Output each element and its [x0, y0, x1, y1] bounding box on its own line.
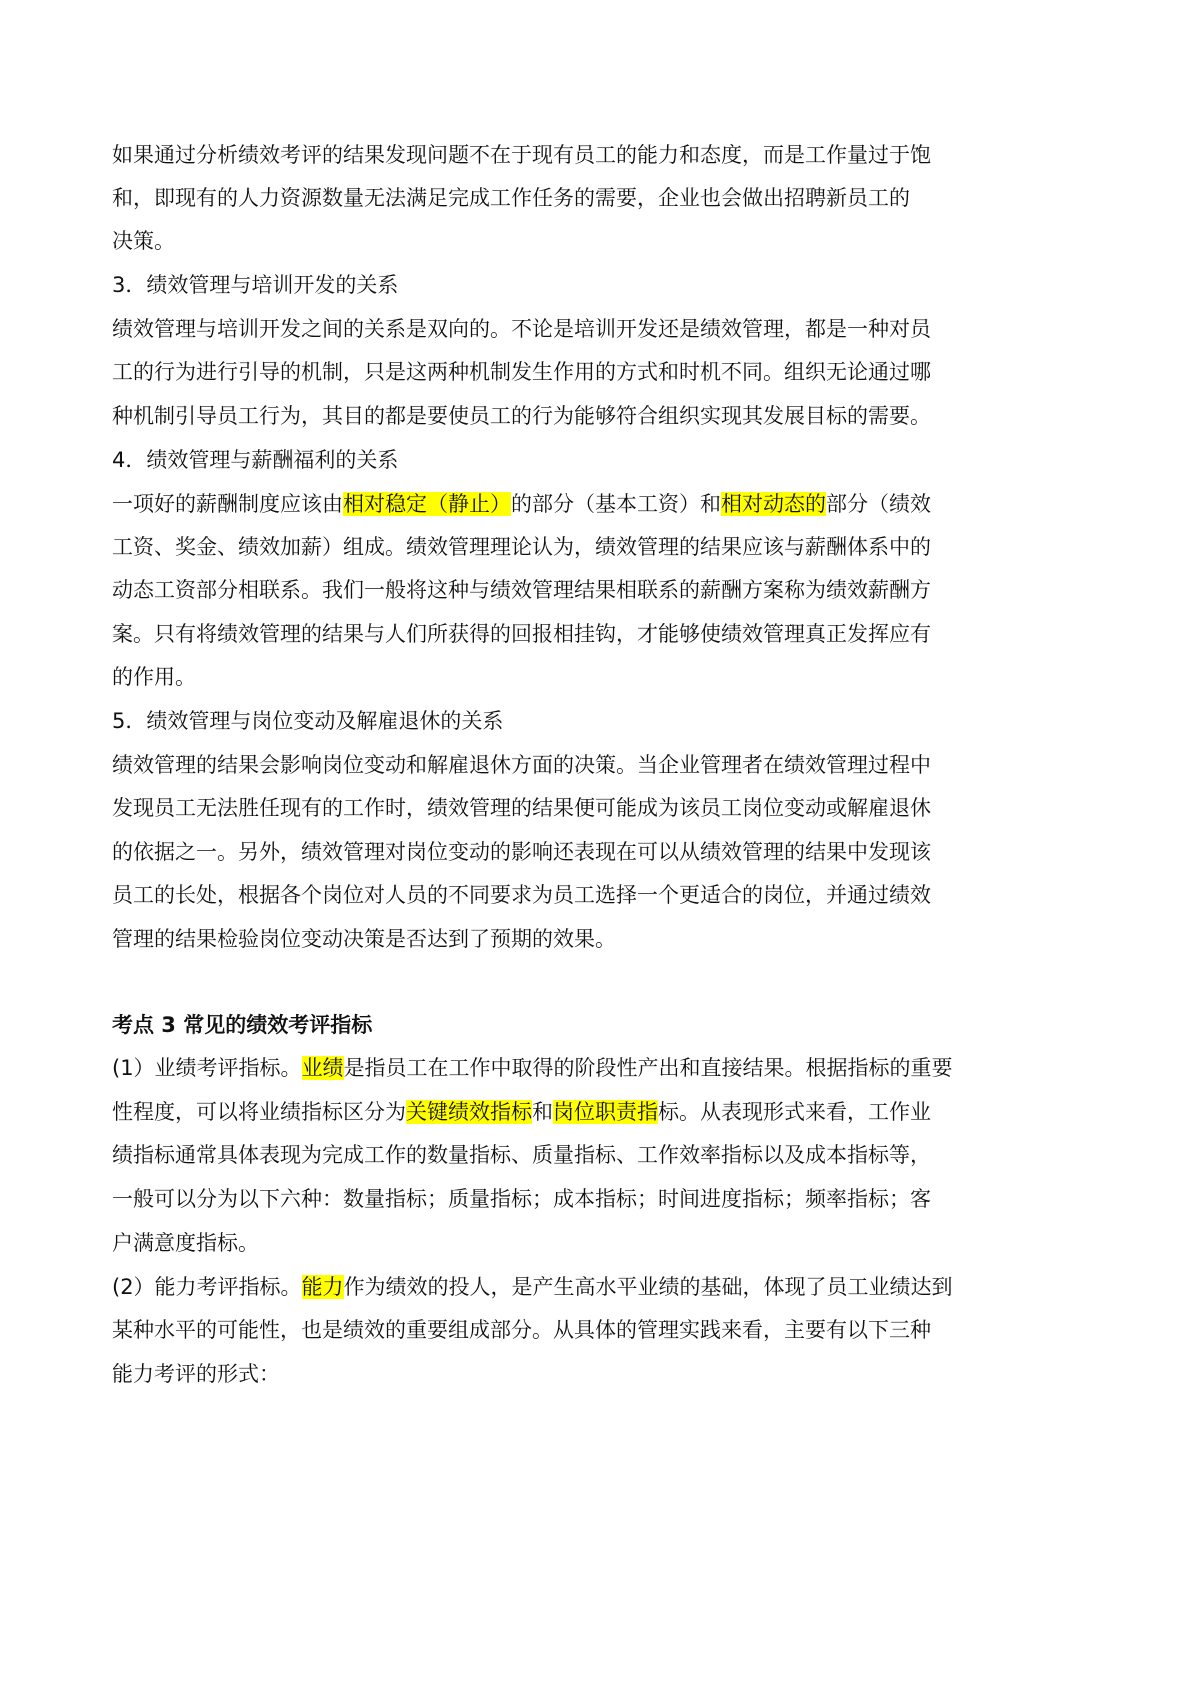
text-line: 绩指标通常具体表现为完成工作的数量指标、质量指标、工作效率指标以及成本指标等，	[112, 1140, 931, 1170]
highlighted-text: 岗位职责指	[553, 1100, 658, 1124]
text-line: 决策。	[112, 226, 175, 256]
text-line: 动态工资部分相联系。我们一般将这种与绩效管理结果相联系的薪酬方案称为绩效薪酬方	[112, 575, 931, 605]
text-segment: 的部分（基本工资）和	[511, 492, 721, 516]
text-line: 案。只有将绩效管理的结果与人们所获得的回报相挂钩，才能够使绩效管理真正发挥应有	[112, 619, 931, 649]
highlighted-text: 相对动态的	[721, 492, 826, 516]
text-line: (2）能力考评指标。能力作为绩效的投人，是产生高水平业绩的基础，体现了员工业绩达…	[112, 1272, 953, 1302]
text-segment: 能力考评的形式：	[112, 1362, 280, 1386]
text-segment: 绩指标通常具体表现为完成工作的数量指标、质量指标、工作效率指标以及成本指标等，	[112, 1143, 931, 1167]
text-segment: 绩效管理的结果会影响岗位变动和解雇退休方面的决策。当企业管理者在绩效管理过程中	[112, 753, 931, 777]
text-segment: 案。只有将绩效管理的结果与人们所获得的回报相挂钩，才能够使绩效管理真正发挥应有	[112, 622, 931, 646]
text-segment: 标。从表现形式来看，工作业	[658, 1100, 931, 1124]
text-line: 一项好的薪酬制度应该由相对稳定（静止）的部分（基本工资）和相对动态的部分（绩效	[112, 489, 931, 519]
text-line: 5．绩效管理与岗位变动及解雇退休的关系	[112, 706, 503, 736]
text-segment: 绩效管理与培训开发之间的关系是双向的。不论是培训开发还是绩效管理，都是一种对员	[112, 317, 931, 341]
text-line: 工资、奖金、绩效加薪）组成。绩效管理理论认为，绩效管理的结果应该与薪酬体系中的	[112, 532, 931, 562]
text-line: 3．绩效管理与培训开发的关系	[112, 270, 398, 300]
text-line: 一般可以分为以下六种：数量指标；质量指标；成本指标；时间进度指标；频率指标；客	[112, 1184, 931, 1214]
highlighted-text: 关键绩效指标	[406, 1100, 532, 1124]
text-segment: 种机制引导员工行为，其目的都是要使员工的行为能够符合组织实现其发展目标的需要。	[112, 404, 931, 428]
text-line: 和，即现有的人力资源数量无法满足完成工作任务的需要，企业也会做出招聘新员工的	[112, 183, 910, 213]
text-segment: 员工的长处，根据各个岗位对人员的不同要求为员工选择一个更适合的岗位，并通过绩效	[112, 883, 931, 907]
text-line: 的作用。	[112, 662, 196, 692]
text-line: 绩效管理的结果会影响岗位变动和解雇退休方面的决策。当企业管理者在绩效管理过程中	[112, 750, 931, 780]
text-line: 绩效管理与培训开发之间的关系是双向的。不论是培训开发还是绩效管理，都是一种对员	[112, 314, 931, 344]
text-segment: 是指员工在工作中取得的阶段性产出和直接结果。根据指标的重要	[344, 1056, 953, 1080]
text-segment: 和，即现有的人力资源数量无法满足完成工作任务的需要，企业也会做出招聘新员工的	[112, 186, 910, 210]
text-segment: 决策。	[112, 229, 175, 253]
text-segment: 某种水平的可能性，也是绩效的重要组成部分。从具体的管理实践来看，主要有以下三种	[112, 1318, 931, 1342]
text-segment: 一项好的薪酬制度应该由	[112, 492, 343, 516]
text-segment: 性程度，可以将业绩指标区分为	[112, 1100, 406, 1124]
text-segment: 5．绩效管理与岗位变动及解雇退休的关系	[112, 709, 503, 733]
text-segment: 4．绩效管理与薪酬福利的关系	[112, 448, 398, 472]
text-segment: 和	[532, 1100, 553, 1124]
section-heading: 考点 3 常见的绩效考评指标	[112, 1010, 372, 1040]
text-segment: 动态工资部分相联系。我们一般将这种与绩效管理结果相联系的薪酬方案称为绩效薪酬方	[112, 578, 931, 602]
text-segment: 发现员工无法胜任现有的工作时，绩效管理的结果便可能成为该员工岗位变动或解雇退休	[112, 796, 931, 820]
text-line: 的依据之一。另外，绩效管理对岗位变动的影响还表现在可以从绩效管理的结果中发现该	[112, 837, 931, 867]
text-segment: 考点 3 常见的绩效考评指标	[112, 1013, 372, 1037]
text-segment: 工的行为进行引导的机制，只是这两种机制发生作用的方式和时机不同。组织无论通过哪	[112, 360, 931, 384]
text-line: (1）业绩考评指标。业绩是指员工在工作中取得的阶段性产出和直接结果。根据指标的重…	[112, 1053, 953, 1083]
text-line: 发现员工无法胜任现有的工作时，绩效管理的结果便可能成为该员工岗位变动或解雇退休	[112, 793, 931, 823]
text-line: 工的行为进行引导的机制，只是这两种机制发生作用的方式和时机不同。组织无论通过哪	[112, 357, 931, 387]
highlighted-text: 能力	[302, 1275, 344, 1299]
text-segment: (2）能力考评指标。	[112, 1275, 302, 1299]
text-line: 4．绩效管理与薪酬福利的关系	[112, 445, 398, 475]
text-segment: 户满意度指标。	[112, 1231, 259, 1255]
text-line: 员工的长处，根据各个岗位对人员的不同要求为员工选择一个更适合的岗位，并通过绩效	[112, 880, 931, 910]
text-segment: 的依据之一。另外，绩效管理对岗位变动的影响还表现在可以从绩效管理的结果中发现该	[112, 840, 931, 864]
text-segment: (1）业绩考评指标。	[112, 1056, 302, 1080]
text-segment: 部分（绩效	[826, 492, 931, 516]
text-line: 某种水平的可能性，也是绩效的重要组成部分。从具体的管理实践来看，主要有以下三种	[112, 1315, 931, 1345]
text-segment: 管理的结果检验岗位变动决策是否达到了预期的效果。	[112, 927, 616, 951]
text-line: 管理的结果检验岗位变动决策是否达到了预期的效果。	[112, 924, 616, 954]
text-segment: 的作用。	[112, 665, 196, 689]
text-segment: 工资、奖金、绩效加薪）组成。绩效管理理论认为，绩效管理的结果应该与薪酬体系中的	[112, 535, 931, 559]
text-line: 户满意度指标。	[112, 1228, 259, 1258]
text-segment: 一般可以分为以下六种：数量指标；质量指标；成本指标；时间进度指标；频率指标；客	[112, 1187, 931, 1211]
highlighted-text: 业绩	[302, 1056, 344, 1080]
text-line: 种机制引导员工行为，其目的都是要使员工的行为能够符合组织实现其发展目标的需要。	[112, 401, 931, 431]
text-segment: 3．绩效管理与培训开发的关系	[112, 273, 398, 297]
highlighted-text: 相对稳定（静止）	[343, 492, 511, 516]
text-segment: 如果通过分析绩效考评的结果发现问题不在于现有员工的能力和态度，而是工作量过于饱	[112, 143, 931, 167]
text-line: 如果通过分析绩效考评的结果发现问题不在于现有员工的能力和态度，而是工作量过于饱	[112, 140, 931, 170]
text-line: 能力考评的形式：	[112, 1359, 280, 1389]
text-line: 性程度，可以将业绩指标区分为关键绩效指标和岗位职责指标。从表现形式来看，工作业	[112, 1097, 931, 1127]
text-segment: 作为绩效的投人，是产生高水平业绩的基础，体现了员工业绩达到	[344, 1275, 953, 1299]
